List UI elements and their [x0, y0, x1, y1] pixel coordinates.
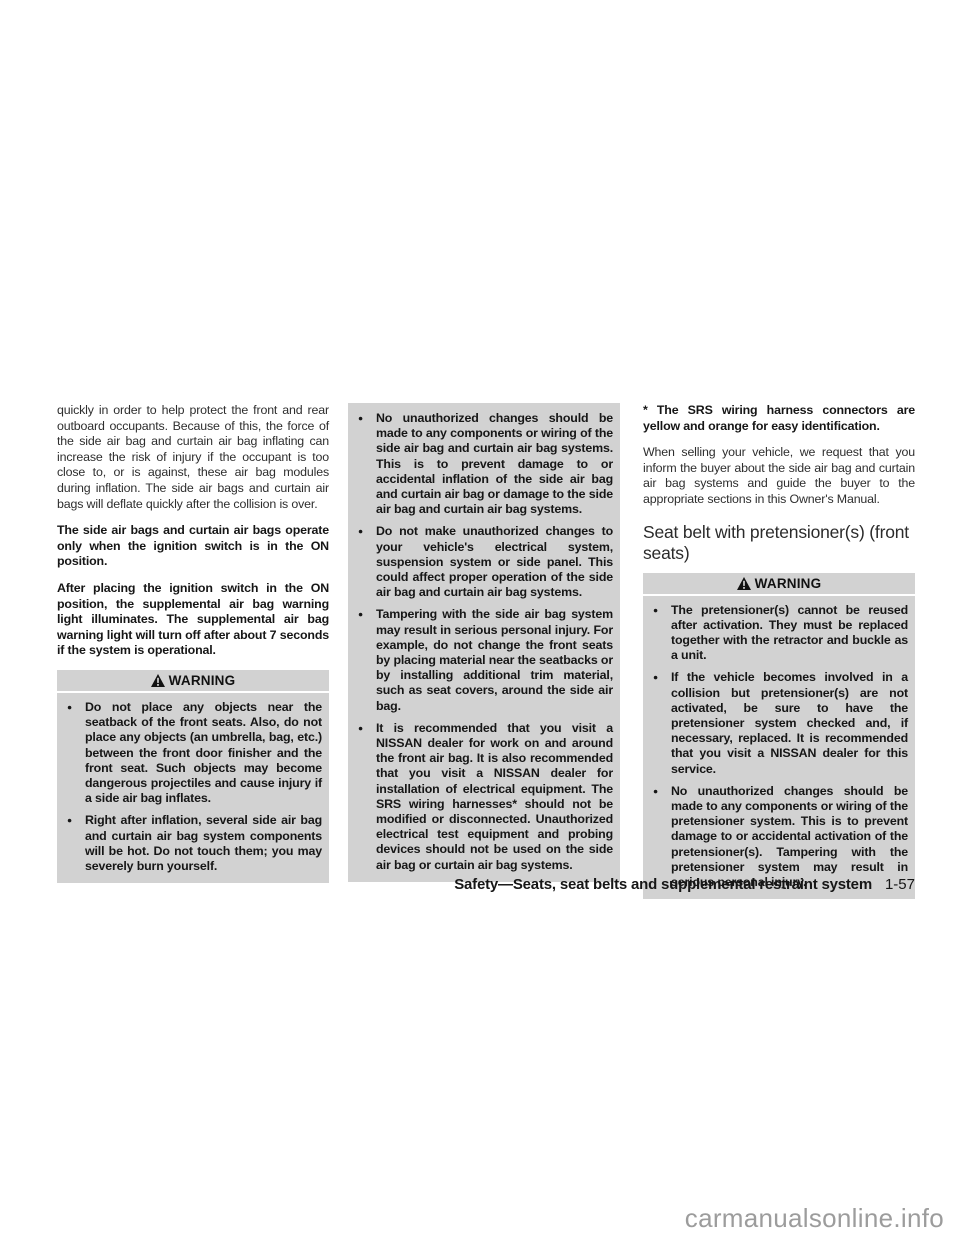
bullet-dot-icon: ●	[358, 524, 367, 600]
warning-bullet: ● If the vehicle becomes involved in a c…	[649, 670, 908, 776]
warning-bullet: ● Right after inflation, several side ai…	[63, 813, 322, 874]
bullet-dot-icon: ●	[358, 411, 367, 517]
warning-bullet: ● Tampering with the side air bag system…	[354, 607, 613, 713]
paragraph-selling-vehicle: When selling your vehicle, we request th…	[643, 445, 915, 507]
warning-title: WARNING	[755, 576, 822, 591]
bullet-dot-icon: ●	[358, 721, 367, 873]
warning-triangle-icon	[737, 577, 751, 590]
warning-bullet-text: The pretensioner(s) cannot be reused aft…	[671, 603, 908, 664]
warning-box-continued: ● No unauthorized changes should be made…	[348, 403, 620, 882]
warning-bullet: ● Do not make unauthorized changes to yo…	[354, 524, 613, 600]
warning-bullet-text: Tampering with the side air bag system m…	[376, 607, 613, 713]
footer-section-title: Safety—Seats, seat belts and supplementa…	[454, 876, 872, 893]
warning-bullet: ● The pretensioner(s) cannot be reused a…	[649, 603, 908, 664]
paragraph-airbag-warning-light: After placing the ignition switch in the…	[57, 581, 329, 659]
warning-bullet-text: If the vehicle becomes involved in a col…	[671, 670, 908, 776]
warning-bullet-text: No unauthorized changes should be made t…	[376, 411, 613, 517]
bullet-dot-icon: ●	[67, 700, 76, 806]
warning-bullet-text: Right after inflation, several side air …	[85, 813, 322, 874]
column-left: quickly in order to help protect the fro…	[57, 403, 329, 883]
section-heading-pretensioner: Seat belt with pretensioner(s) (front se…	[643, 522, 915, 564]
column-right: * The SRS wiring harness connectors are …	[643, 403, 915, 899]
bullet-dot-icon: ●	[67, 813, 76, 874]
paragraph-airbag-intro: quickly in order to help protect the fro…	[57, 403, 329, 512]
warning-bullet: ● It is recommended that you visit a NIS…	[354, 721, 613, 873]
bullet-dot-icon: ●	[653, 670, 662, 776]
warning-body: ● Do not place any objects near the seat…	[57, 693, 329, 883]
warning-bullet-text: No unauthorized changes should be made t…	[671, 784, 908, 890]
warning-bullet: ● No unauthorized changes should be made…	[649, 784, 908, 890]
warning-triangle-icon	[151, 674, 165, 687]
warning-box-side-airbag: WARNING ● Do not place any objects near …	[57, 670, 329, 883]
watermark: carmanualsonline.info	[685, 1203, 944, 1234]
warning-bullet: ● Do not place any objects near the seat…	[63, 700, 322, 806]
warning-bullet-text: It is recommended that you visit a NISSA…	[376, 721, 613, 873]
bullet-dot-icon: ●	[653, 784, 662, 890]
page-footer: Safety—Seats, seat belts and supplementa…	[454, 876, 915, 893]
bullet-dot-icon: ●	[358, 607, 367, 713]
bullet-dot-icon: ●	[653, 603, 662, 664]
footer-page-number: 1-57	[885, 876, 915, 893]
warning-bullet: ● No unauthorized changes should be made…	[354, 411, 613, 517]
manual-page: quickly in order to help protect the fro…	[0, 0, 960, 1242]
paragraph-srs-footnote: * The SRS wiring harness connectors are …	[643, 403, 915, 434]
warning-body: ● The pretensioner(s) cannot be reused a…	[643, 596, 915, 900]
warning-header: WARNING	[643, 573, 915, 594]
warning-header: WARNING	[57, 670, 329, 691]
paragraph-airbag-operate: The side air bags and curtain air bags o…	[57, 523, 329, 570]
warning-box-pretensioner: WARNING ● The pretensioner(s) cannot be …	[643, 573, 915, 900]
warning-bullet-text: Do not place any objects near the seatba…	[85, 700, 322, 806]
warning-title: WARNING	[169, 673, 236, 688]
warning-bullet-text: Do not make unauthorized changes to your…	[376, 524, 613, 600]
